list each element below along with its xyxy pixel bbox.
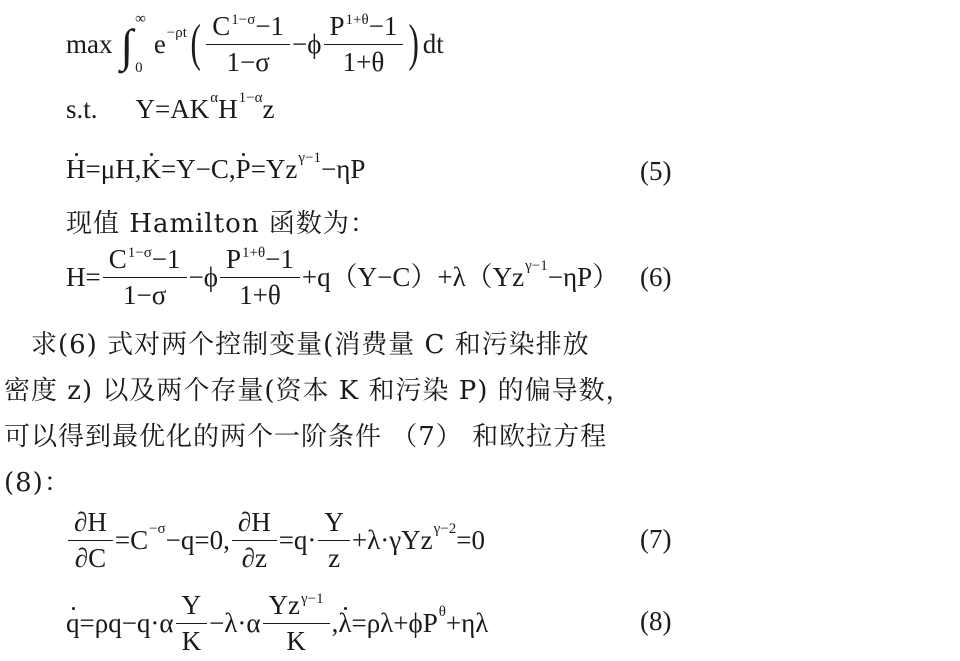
integral-sign: ∫: [121, 23, 134, 69]
st-label: s.t.: [66, 96, 98, 123]
numerator-exp: 1−σ: [128, 245, 152, 261]
numerator: Y: [176, 591, 208, 623]
dt: dt: [423, 31, 444, 58]
paragraph-line-4: (8)：: [4, 462, 71, 499]
eq5-exp: γ−1: [298, 151, 321, 166]
eq8-part5: +ηλ: [446, 610, 488, 637]
numerator-tail: −1: [152, 244, 181, 274]
denominator: ∂C: [69, 541, 112, 572]
eq7-exp1: −σ: [149, 522, 166, 537]
eq8-part3: ,: [332, 610, 339, 637]
numerator: ∂H: [68, 508, 113, 540]
numerator-tail: −1: [255, 11, 284, 41]
minus-phi: −ϕ: [189, 264, 218, 291]
fraction-yz-k: Yzγ−1 K: [263, 591, 330, 655]
eq8-exp: θ: [439, 605, 446, 620]
denominator: 1−σ: [117, 278, 172, 309]
eq8-part2: −λ·α: [209, 610, 260, 637]
eq5-part3: =Yz: [251, 156, 298, 183]
denominator: ∂z: [236, 541, 273, 572]
numerator-base: C: [109, 244, 127, 274]
denominator: z: [322, 541, 346, 572]
eq5-part1: =μH,: [86, 156, 142, 183]
equation-number-8: (8): [640, 606, 671, 637]
numerator: ∂H: [232, 508, 277, 540]
denominator: K: [280, 624, 312, 655]
production-lhs: Y=AK: [136, 96, 210, 123]
z-term: z: [262, 96, 274, 123]
equation-8: q=ρq−q·α Y K −λ·α Yzγ−1 K , λ=ρλ+ϕPθ+ηλ: [66, 588, 488, 658]
exp-base: e: [154, 31, 166, 58]
eq7-exp2: γ−2: [434, 522, 457, 537]
numerator-tail: −1: [369, 11, 398, 41]
numerator: Y: [318, 508, 350, 540]
eq5-part4: −ηP: [321, 156, 365, 183]
fraction-y-k: Y K: [176, 591, 208, 655]
q-dot: q: [66, 610, 80, 637]
fraction-pollution: P1+θ−1 1+θ: [324, 12, 404, 76]
numerator-base: P: [226, 244, 241, 274]
k-dot: K: [141, 156, 161, 183]
objective-equation: max ∫ ∞ 0 e−ρt ( C1−σ−1 1−σ −ϕ P1+θ−1 1+…: [66, 8, 444, 80]
eq7-part1: =C: [115, 527, 148, 554]
hamiltonian-lhs: H=: [66, 264, 101, 291]
p-dot: P: [236, 156, 251, 183]
paragraph-line-2: 密度 z) 以及两个存量(资本 K 和污染 P) 的偏导数，: [4, 370, 633, 407]
h-dot: H: [66, 156, 86, 183]
equation-6: H= C1−σ−1 1−σ −ϕ P1+θ−1 1+θ +q（Y−C）+λ（Yz…: [66, 242, 619, 312]
numerator-exp: 1−σ: [231, 12, 255, 28]
partial-h-c: ∂H ∂C: [68, 508, 113, 572]
alpha-exp: α: [210, 91, 218, 106]
partial-h-z: ∂H ∂z: [232, 508, 277, 572]
fraction-consumption: C1−σ−1 1−σ: [206, 12, 290, 76]
denominator: 1−σ: [221, 45, 276, 76]
eq6-tail2: −ηP）: [548, 264, 619, 291]
lambda-dot: λ: [338, 610, 351, 637]
fraction-consumption: C1−σ−1 1−σ: [103, 245, 187, 309]
eq7-part4: +λ·γYz: [352, 527, 433, 554]
denominator: 1+θ: [233, 278, 287, 309]
h-exp: 1−α: [239, 91, 263, 106]
exp-power: −ρt: [167, 26, 187, 41]
numerator-base: Yz: [269, 590, 300, 620]
right-paren: ): [409, 18, 419, 70]
numerator-exp: γ−1: [301, 591, 324, 607]
paragraph-line-1: 求(6) 式对两个控制变量(消费量 C 和污染排放: [4, 324, 590, 361]
eq5-part2: =Y−C,: [161, 156, 236, 183]
eq8-part4: =ρλ+ϕP: [351, 610, 437, 637]
numerator-base: C: [212, 11, 230, 41]
constraint-equation: s.t. Y=AKαH1−αz: [66, 96, 274, 123]
eq6-exp: γ−1: [525, 259, 548, 274]
hamilton-intro: 现值 Hamilton 函数为：: [66, 203, 377, 240]
eq8-part1: =ρq−q·α: [80, 610, 174, 637]
integral-upper: ∞: [135, 12, 146, 27]
numerator-tail: −1: [265, 244, 294, 274]
numerator-base: P: [330, 11, 345, 41]
h-term: H: [218, 96, 238, 123]
eq7-part3: =q·: [279, 527, 317, 554]
equation-7: ∂H ∂C =C−σ−q=0, ∂H ∂z =q· Y z +λ·γYzγ−2=…: [66, 505, 485, 575]
fraction-pollution: P1+θ−1 1+θ: [220, 245, 300, 309]
equation-number-6: (6): [640, 262, 671, 293]
minus-phi: −ϕ: [292, 31, 321, 58]
denominator: K: [176, 624, 208, 655]
eq6-tail1: +q（Y−C）+λ（Yz: [302, 264, 524, 291]
integral-lower: 0: [135, 61, 146, 76]
paragraph-line-3: 可以得到最优化的两个一阶条件 （7） 和欧拉方程: [4, 416, 607, 453]
fraction-y-z: Y z: [318, 508, 350, 572]
max-operator: max: [66, 31, 113, 58]
numerator-exp: 1+θ: [242, 245, 265, 261]
equation-number-7: (7): [640, 524, 671, 555]
numerator-exp: 1+θ: [346, 12, 369, 28]
equation-5: H=μH, K=Y−C, P=Yzγ−1−ηP: [66, 156, 365, 183]
denominator: 1+θ: [337, 45, 391, 76]
eq7-part2: −q=0,: [166, 527, 230, 554]
equation-number-5: (5): [640, 156, 671, 187]
left-paren: (: [190, 18, 200, 70]
eq7-part5: =0: [456, 527, 485, 554]
integral-limits: ∞ 0: [135, 12, 146, 76]
